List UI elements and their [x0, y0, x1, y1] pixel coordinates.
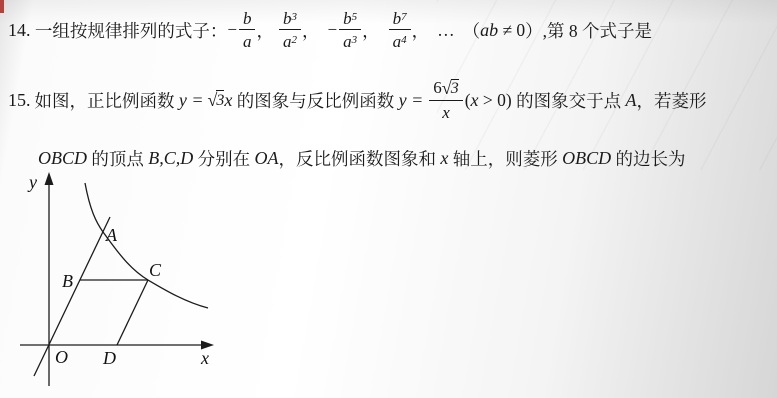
p15-seg1: 如图，正比例函数: [35, 88, 179, 113]
red-corner-mark: [0, 0, 4, 13]
frac3-num: b: [343, 9, 352, 28]
cond-close: ）: [525, 18, 543, 43]
cond-rest: > 0): [479, 90, 512, 111]
label-d: D: [102, 348, 116, 368]
cond-rel: ≠ 0: [498, 20, 525, 41]
segment-cd: [117, 280, 148, 345]
frac2-num-exp: 3: [291, 11, 297, 23]
p15-l2-seg3: ，反比例函数图象和: [279, 146, 441, 171]
p15-seg2: 的图象与反比例函数: [232, 88, 398, 113]
label-b: B: [62, 271, 73, 291]
frac4-den: a: [393, 32, 402, 51]
figure-svg: y x O A B C D: [18, 170, 230, 396]
frac3-den-exp: 3: [352, 34, 358, 46]
fraction-1: b a: [239, 10, 256, 50]
hyperbola-curve: [85, 183, 208, 308]
separator-comma: ，: [302, 18, 320, 43]
separator-comma: ，: [412, 18, 430, 43]
p15-point-a: A: [625, 90, 636, 111]
eq2-fraction: 6√3 x: [429, 79, 462, 121]
p15-l2-seg2: 分别在: [193, 146, 254, 171]
problem-15-line1: 15. 如图，正比例函数 y = √3x 的图象与反比例函数 y = 6√3 x…: [8, 76, 706, 124]
fraction-4: b7 a4: [389, 10, 411, 50]
problem-14-intro: 一组按规律排列的式子：: [35, 18, 228, 43]
p15-l2-seg1: 的顶点: [87, 146, 148, 171]
frac2-den-exp: 2: [291, 34, 297, 46]
eq2-den: x: [429, 100, 462, 121]
geometry-figure: y x O A B C D: [18, 170, 230, 398]
frac4-den-exp: 4: [401, 34, 407, 46]
label-x: x: [200, 348, 209, 368]
label-a: A: [105, 225, 118, 245]
oa-var: OA: [255, 148, 279, 169]
fraction-3: b5 a3: [339, 10, 361, 50]
cond-var: x: [471, 90, 479, 111]
problem-14: 14. 一组按规律排列的式子： − b a ， b3 a2 ， − b5 a3 …: [8, 6, 652, 54]
eq2-radicand: 3: [451, 79, 459, 97]
problem-14-tail: ,第 8 个式子是: [543, 18, 652, 43]
cond-vars: ab: [480, 20, 498, 41]
obcd-2: OBCD: [562, 148, 611, 169]
cond-open: （: [463, 18, 481, 43]
frac3-num-exp: 5: [352, 11, 358, 23]
frac3-sign: −: [327, 20, 337, 40]
eq1-var: x: [224, 90, 232, 111]
separator-comma: ，: [362, 18, 380, 43]
fraction-2: b3 a2: [279, 10, 301, 50]
p15-seg3: 的图象交于点: [512, 88, 626, 113]
eq2-lhs: y =: [399, 90, 424, 111]
frac4-num: b: [393, 9, 402, 28]
eq1-lhs: y =: [179, 90, 204, 111]
bcd-vars: B,C,D: [148, 148, 193, 169]
eq2-num-coeff: 6: [433, 79, 442, 96]
problem-14-number: 14.: [8, 20, 31, 41]
problem-15-line2: OBCD 的顶点 B,C,D 分别在 OA ，反比例函数图象和 x 轴上，则菱形…: [38, 146, 686, 170]
label-y: y: [27, 172, 37, 192]
p15-l2-seg5: 的边长为: [611, 146, 685, 171]
separator-comma: ，: [256, 18, 274, 43]
problem-15-number: 15.: [8, 90, 31, 111]
x-var: x: [440, 148, 448, 169]
frac3-den: a: [343, 32, 352, 51]
y-axis-arrow: [45, 172, 54, 185]
frac1-den: a: [243, 32, 252, 51]
label-c: C: [149, 260, 162, 280]
frac1-num: b: [243, 9, 252, 28]
p15-seg4: ，若菱形: [636, 88, 706, 113]
label-o: O: [55, 347, 68, 367]
frac4-num-exp: 7: [401, 11, 407, 23]
frac1-sign: −: [227, 20, 237, 40]
ellipsis: …: [437, 20, 455, 41]
obcd-1: OBCD: [38, 148, 87, 169]
line-oa: [34, 217, 110, 376]
p15-l2-seg4: 轴上，则菱形: [448, 146, 562, 171]
radical-sign: √: [442, 79, 451, 97]
